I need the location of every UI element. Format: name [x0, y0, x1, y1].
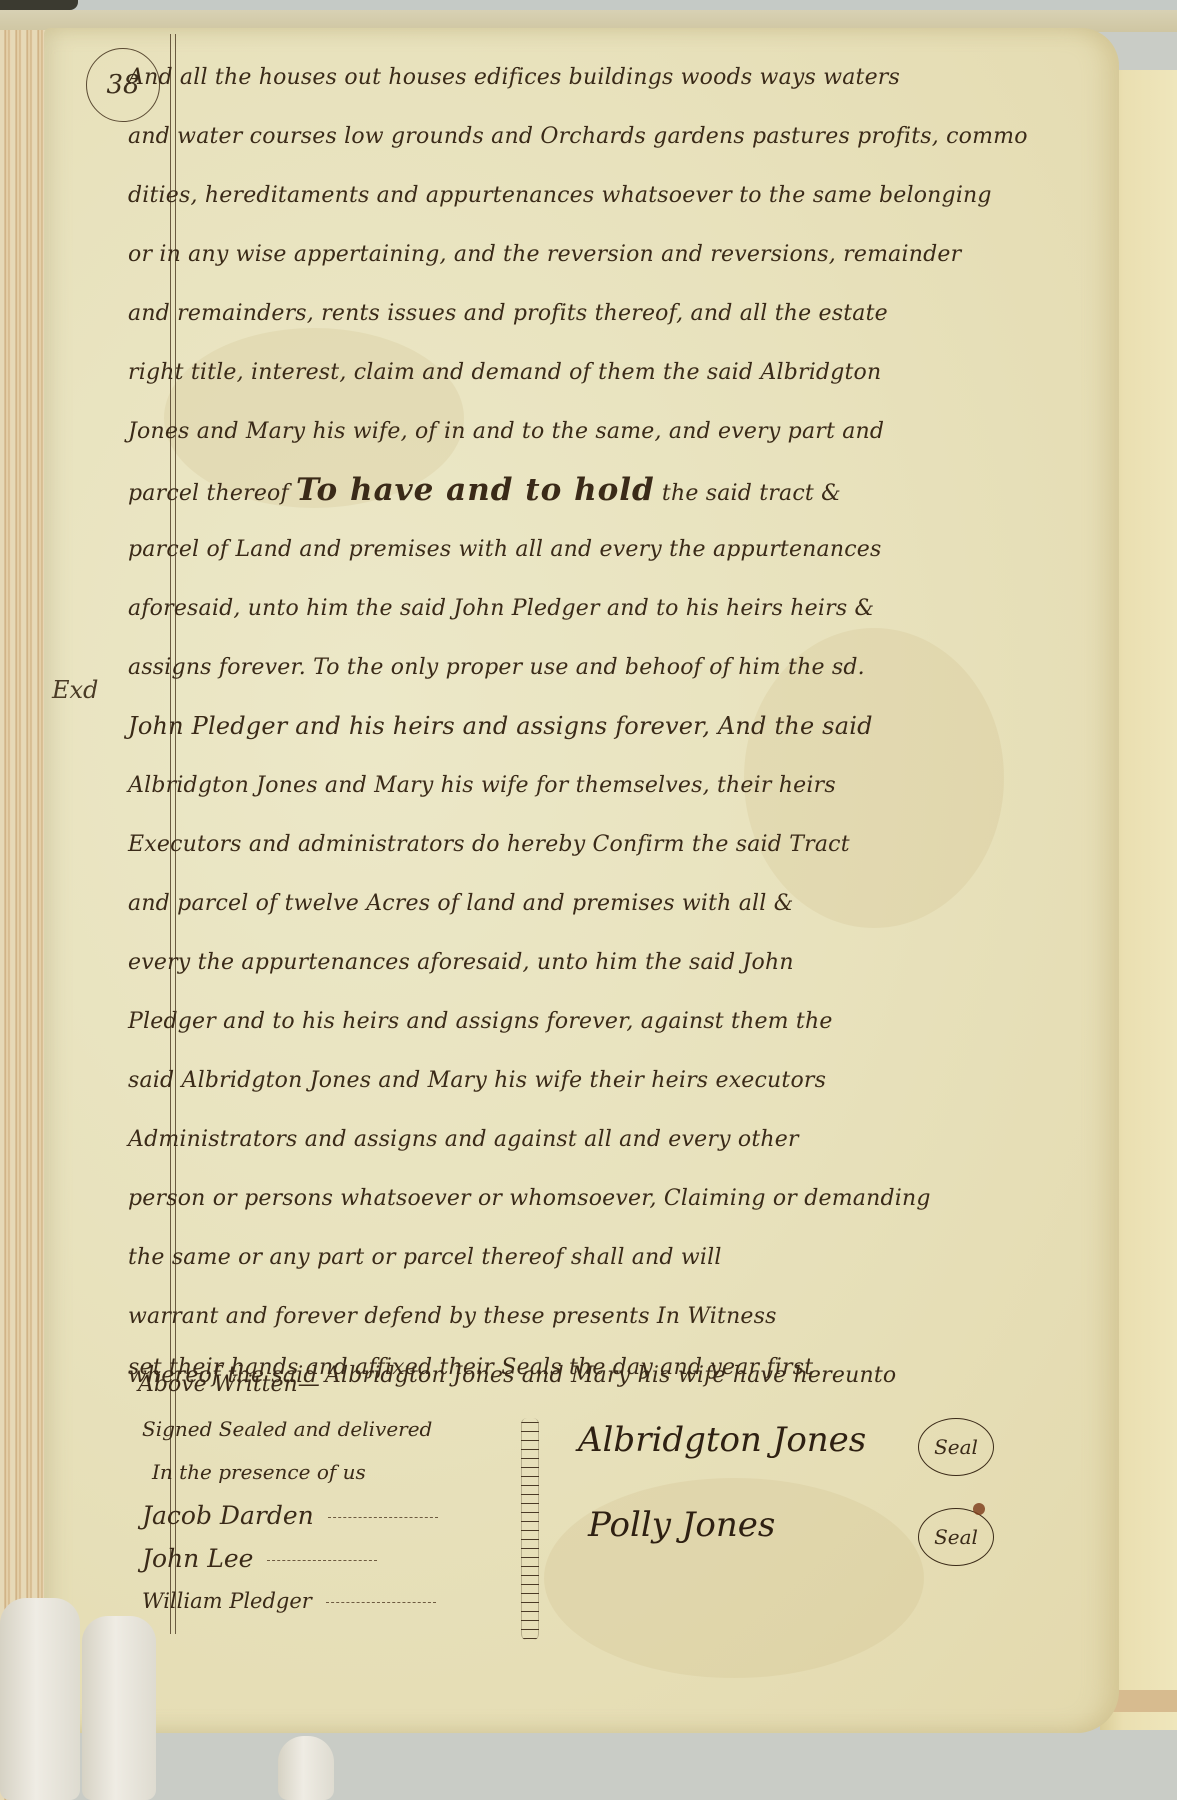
deed-line: the same or any part or parcel thereof s… — [128, 1228, 1083, 1287]
deed-line: dities, hereditaments and appurtenances … — [128, 166, 1083, 225]
deed-line: Executors and administrators do hereby C… — [128, 815, 1083, 874]
witness-name: Jacob Darden — [142, 1494, 438, 1537]
witness-name-text: William Pledger — [142, 1589, 312, 1613]
signature-rule — [267, 1560, 377, 1561]
gloved-finger — [0, 1598, 80, 1800]
deed-line: and parcel of twelve Acres of land and p… — [128, 874, 1083, 933]
deed-line: Albridgton Jones and Mary his wife for t… — [128, 756, 1083, 815]
deed-text: the said tract & — [655, 481, 841, 506]
page-stack-edge — [0, 30, 48, 1800]
scroll-brace-flourish — [521, 1418, 539, 1640]
signature-polly-jones: Polly Jones — [588, 1505, 775, 1545]
habendum-clause: To have and to hold — [296, 472, 655, 508]
deed-body: And all the houses out houses edifices b… — [128, 48, 1083, 1405]
deed-line: and remainders, rents issues and profits… — [128, 284, 1083, 343]
ink-blot — [973, 1503, 985, 1515]
gloved-thumb — [278, 1736, 334, 1800]
deed-line: assigns forever. To the only proper use … — [128, 638, 1083, 697]
witness-block: Signed Sealed and delivered In the prese… — [142, 1408, 438, 1623]
deed-line: every the appurtenances aforesaid, unto … — [128, 933, 1083, 992]
deed-line: and water courses low grounds and Orchar… — [128, 107, 1083, 166]
deed-line: Pledger and to his heirs and assigns for… — [128, 992, 1083, 1051]
deed-text: parcel thereof — [128, 481, 296, 506]
deed-line: person or persons whatsoever or whomsoev… — [128, 1169, 1083, 1228]
witness-name: William Pledger — [142, 1580, 438, 1623]
deed-line: aforesaid, unto him the said John Pledge… — [128, 579, 1083, 638]
witness-header: Signed Sealed and delivered — [142, 1408, 438, 1451]
gloved-finger — [82, 1616, 156, 1800]
closing-text: Above Written— — [138, 1372, 320, 1397]
dark-object-corner — [0, 0, 78, 10]
signature-rule — [328, 1517, 438, 1518]
witness-header: In the presence of us — [142, 1451, 438, 1494]
deed-line: said Albridgton Jones and Mary his wife … — [128, 1051, 1083, 1110]
witness-name: John Lee — [142, 1537, 438, 1580]
deed-line: warrant and forever defend by these pres… — [128, 1287, 1083, 1346]
deed-line-habendum: parcel thereof To have and to hold the s… — [128, 461, 1083, 520]
deed-line: Administrators and assigns and against a… — [128, 1110, 1083, 1169]
deed-line: right title, interest, claim and demand … — [128, 343, 1083, 402]
seal-text: Seal — [934, 1525, 978, 1549]
signature-rule — [326, 1602, 436, 1603]
seal-text: Seal — [934, 1435, 978, 1459]
deed-line: John Pledger and his heirs and assigns f… — [128, 697, 1083, 756]
deed-line: or in any wise appertaining, and the rev… — [128, 225, 1083, 284]
signature-albridgton-jones: Albridgton Jones — [578, 1420, 866, 1460]
deed-line: parcel of Land and premises with all and… — [128, 520, 1083, 579]
witness-name-text: John Lee — [142, 1544, 253, 1573]
seal-mark: Seal — [918, 1508, 994, 1566]
deed-line: Jones and Mary his wife, of in and to th… — [128, 402, 1083, 461]
seal-mark: Seal — [918, 1418, 994, 1476]
margin-note: Exd — [52, 676, 98, 704]
witness-name-text: Jacob Darden — [142, 1501, 314, 1530]
deed-line: And all the houses out houses edifices b… — [128, 48, 1083, 107]
